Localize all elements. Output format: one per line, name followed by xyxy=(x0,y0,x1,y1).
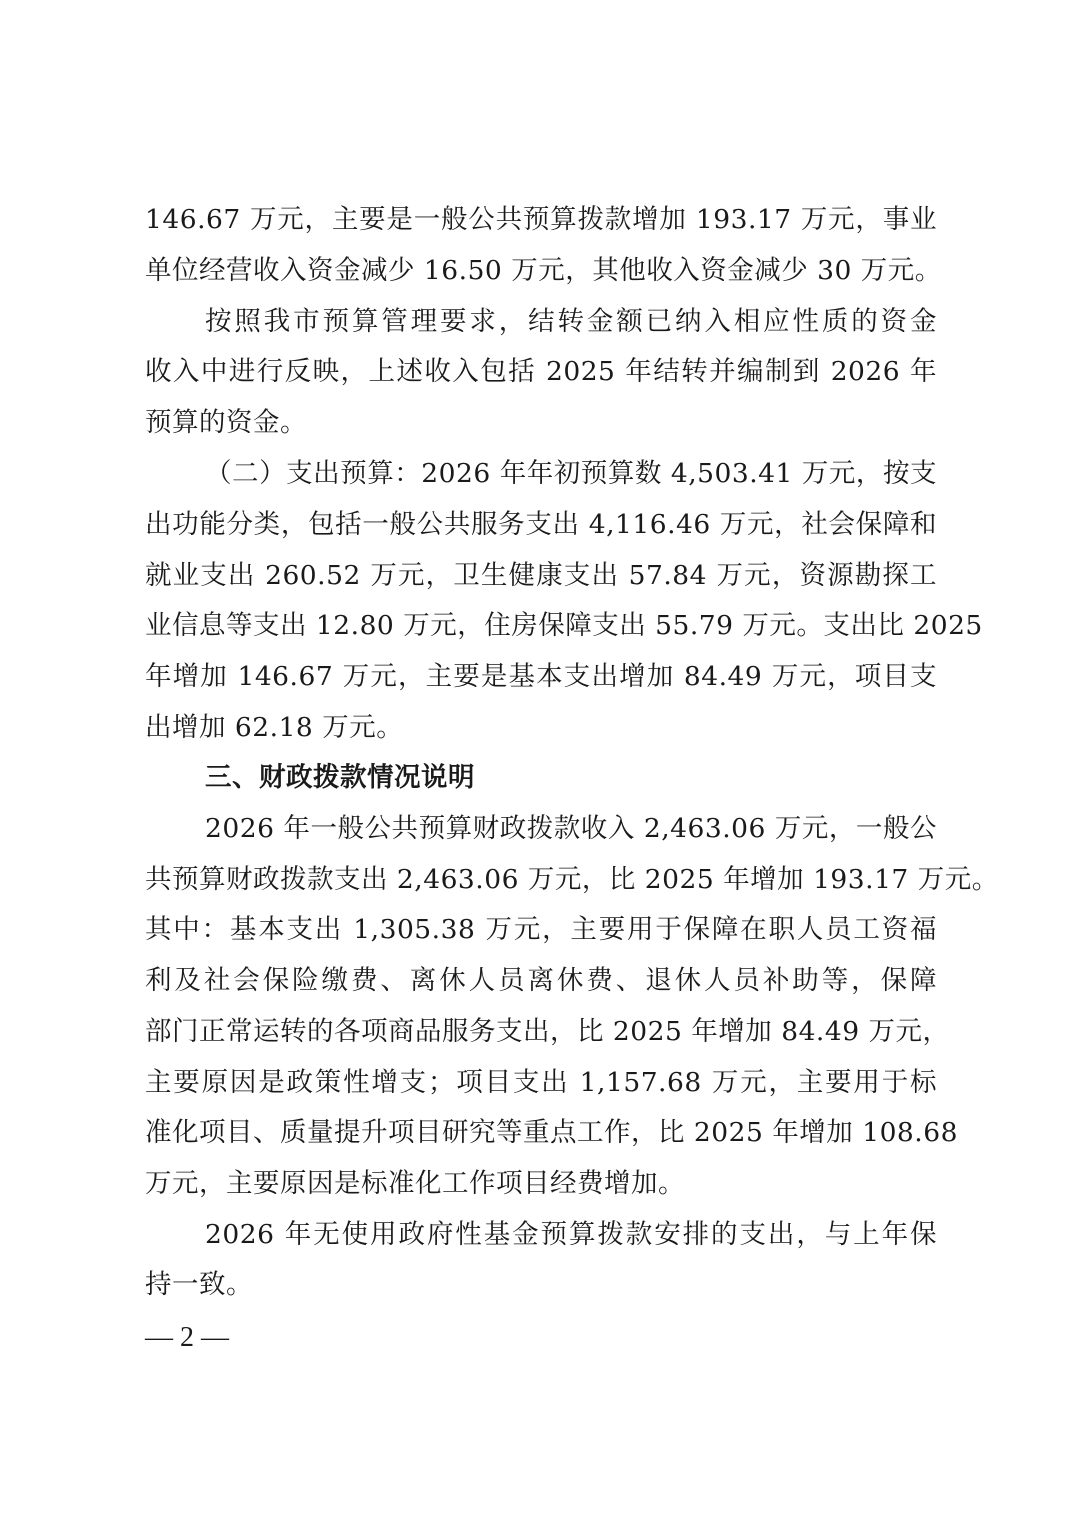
text-line: 部门正常运转的各项商品服务支出，比 2025 年增加 84.49 万元， xyxy=(145,1012,937,1052)
text-line: 2026 年一般公共预算财政拨款收入 2,463.06 万元，一般公 xyxy=(205,809,937,849)
text-line: 万元，主要原因是标准化工作项目经费增加。 xyxy=(145,1164,937,1204)
text-line: 单位经营收入资金减少 16.50 万元，其他收入资金减少 30 万元。 xyxy=(145,251,937,291)
text-line: 就业支出 260.52 万元，卫生健康支出 57.84 万元，资源勘探工 xyxy=(145,556,937,596)
text-line: 准化项目、质量提升项目研究等重点工作，比 2025 年增加 108.68 xyxy=(145,1113,937,1153)
text-line: 业信息等支出 12.80 万元，住房保障支出 55.79 万元。支出比 2025 xyxy=(145,606,937,646)
text-line: （二）支出预算：2026 年年初预算数 4,503.41 万元，按支 xyxy=(205,454,937,494)
text-line: 主要原因是政策性增支；项目支出 1,157.68 万元，主要用于标 xyxy=(145,1063,937,1103)
text-line: 收入中进行反映，上述收入包括 2025 年结转并编制到 2026 年 xyxy=(145,352,937,392)
text-line: 出功能分类，包括一般公共服务支出 4,116.46 万元，社会保障和 xyxy=(145,505,937,545)
section-heading: 三、财政拨款情况说明 xyxy=(205,758,937,798)
text-line: 持一致。 xyxy=(145,1265,937,1305)
text-line: 利及社会保险缴费、离休人员离休费、退休人员补助等，保障 xyxy=(145,961,937,1001)
page-number: — 2 — xyxy=(145,1320,229,1356)
text-line: 按照我市预算管理要求，结转金额已纳入相应性质的资金 xyxy=(205,302,937,342)
text-line: 年增加 146.67 万元，主要是基本支出增加 84.49 万元，项目支 xyxy=(145,657,937,697)
document-page: 146.67 万元，主要是一般公共预算拨款增加 193.17 万元，事业单位经营… xyxy=(0,0,1074,1520)
text-line: 2026 年无使用政府性基金预算拨款安排的支出，与上年保 xyxy=(205,1215,937,1255)
text-line: 146.67 万元，主要是一般公共预算拨款增加 193.17 万元，事业 xyxy=(145,200,937,240)
text-line: 其中：基本支出 1,305.38 万元，主要用于保障在职人员工资福 xyxy=(145,910,937,950)
text-line: 共预算财政拨款支出 2,463.06 万元，比 2025 年增加 193.17 … xyxy=(145,860,937,900)
text-line: 出增加 62.18 万元。 xyxy=(145,708,937,748)
text-line: 预算的资金。 xyxy=(145,403,937,443)
